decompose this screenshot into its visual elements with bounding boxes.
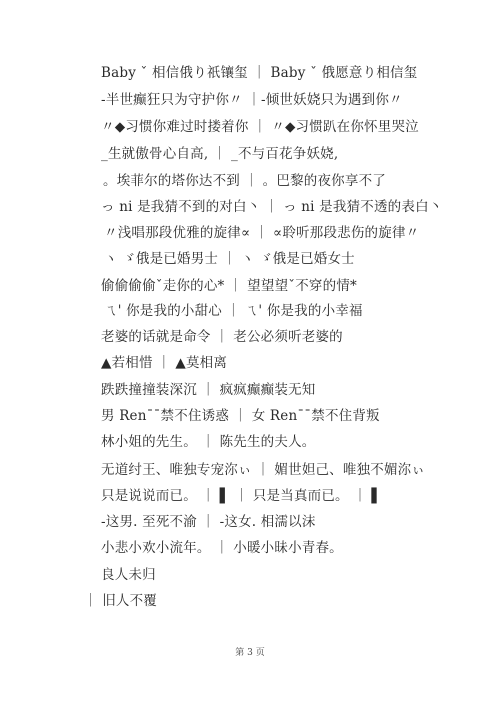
text-line-5: 。埃菲尔的塔你达不到 ｜ 。巴黎的夜你享不了: [103, 172, 386, 190]
text-line-14: 男 Ren¯¯禁不住诱惑 ｜ 女 Ren¯¯禁不住背叛: [101, 407, 380, 425]
text-line-15: 林小姐的先生。 ｜ 陈先生的夫人。: [101, 433, 315, 451]
text-line-1: Baby ˇ 相信俄り祇镶玺 ｜ Baby ˇ 俄愿意り相信玺: [101, 64, 417, 82]
text-line-11: 老婆的话就是命令 ｜ 老公必须听老婆的: [101, 328, 343, 346]
document-page: Baby ˇ 相信俄り祇镶玺 ｜ Baby ˇ 俄愿意り相信玺 -半世癫狂只为守…: [0, 0, 500, 708]
text-line-2: -半世癫狂只为守护你〃 ｜-倾世妖娆只为遇到你〃: [101, 91, 403, 109]
text-line-16: 无道纣王、唯独专宠沵ぃ ｜ 媚世妲己、唯独不媚沵ぃ: [101, 461, 425, 479]
text-line-18: -这男. 至死不渝 ｜ -这女. 相濡以沫: [101, 513, 316, 531]
text-line-9: 偷偷偷偷ˇ走你的心* ｜ 望望望ˇ不穿的情*: [101, 277, 357, 295]
text-line-13: 跌跌撞撞装深沉 ｜ 疯疯癫癫装无知: [101, 381, 315, 399]
text-line-20: 良人未归: [101, 566, 156, 584]
text-line-3: 〃◆习惯你难过时搂着你 ｜ 〃◆习惯趴在你怀里哭泣: [101, 118, 419, 136]
text-line-12: ▲若相惜 ｜ ▲莫相离: [101, 354, 227, 372]
text-line-19: 小悲小欢小流年。 ｜ 小暖小昧小青春。: [101, 539, 343, 557]
text-line-6: っ ni 是我猜不到的对白丶 ｜ っ ni 是我猜不透的表白丶: [101, 198, 442, 216]
text-line-8: ヽ ゞ俄是已婚男士 ｜ ヽ ゞ俄是已婚女士: [104, 250, 355, 268]
text-line-4: _生就傲骨心自高, ｜ _不与百花争妖娆,: [101, 145, 338, 163]
text-line-21: ｜ 旧人不覆: [84, 592, 157, 610]
text-line-7: 〃浅唱那段优雅的旋律∝ ｜ ∝聆听那段悲伤的旋律〃: [104, 224, 419, 242]
text-line-10: ㄟ' 你是我的小甜心 ｜ ㄟ' 你是我的小幸福: [104, 302, 363, 320]
text-line-17: 只是说说而已。 ｜ ▌ ｜ 只是当真而已。 ｜ ▌: [101, 487, 382, 505]
page-number: 第 3 页: [0, 645, 500, 658]
